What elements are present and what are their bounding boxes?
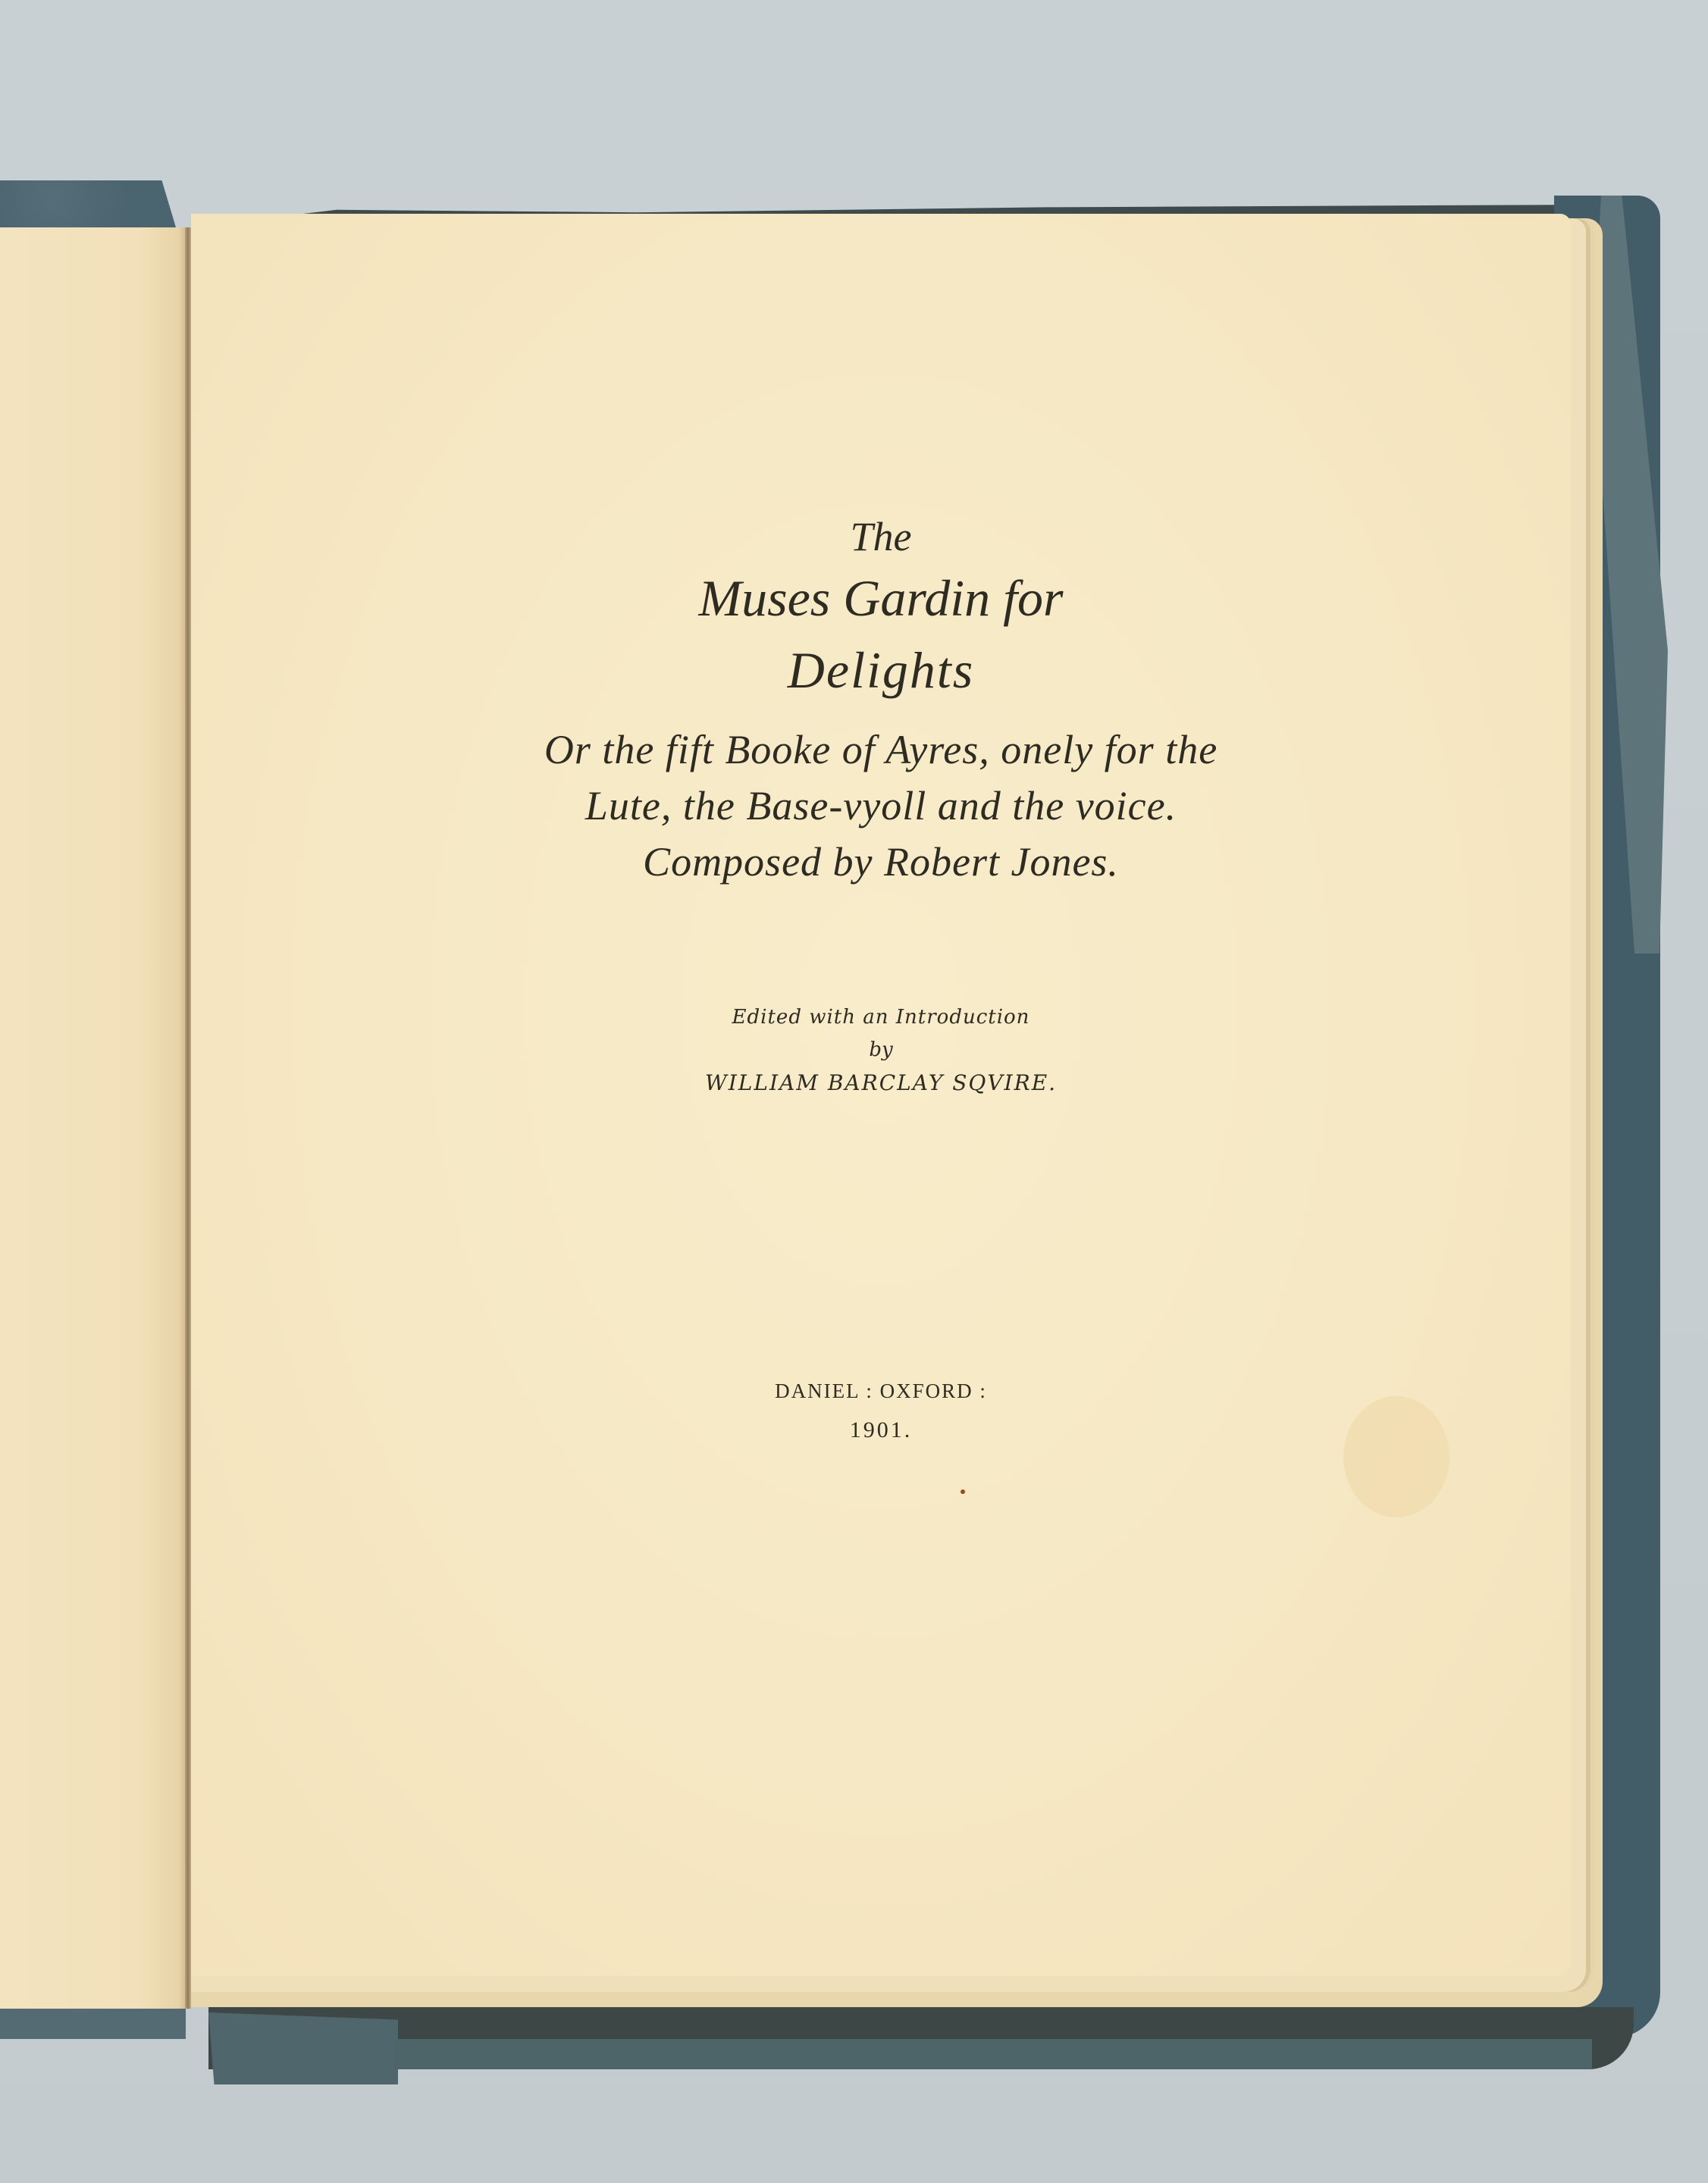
subtitle-line-3: Composed by Robert Jones. bbox=[191, 834, 1571, 890]
title-page: The Muses Gardin for Delights Or the fif… bbox=[191, 214, 1571, 1976]
book-cover-bottom-left bbox=[0, 2007, 186, 2039]
foxing-spot bbox=[961, 1489, 965, 1494]
publisher-imprint: DANIEL : OXFORD : bbox=[191, 1380, 1571, 1403]
title-main: Muses Gardin for bbox=[191, 568, 1571, 628]
title-delights: Delights bbox=[191, 640, 1571, 700]
left-page bbox=[0, 227, 188, 2009]
book-cover-top-left bbox=[0, 180, 176, 227]
title-the: The bbox=[191, 513, 1571, 560]
edited-line: Edited with an Introduction bbox=[191, 1006, 1571, 1029]
editor-name: WILLIAM BARCLAY SQVIRE. bbox=[191, 1070, 1571, 1095]
subtitle-line-2: Lute, the Base-vyoll and the voice. bbox=[191, 778, 1571, 834]
book-cover-bottom-flap bbox=[208, 2012, 398, 2084]
subtitle-line-1: Or the fift Booke of Ayres, onely for th… bbox=[191, 722, 1571, 778]
gutter bbox=[185, 227, 191, 2009]
foxing-stain bbox=[1343, 1396, 1449, 1517]
by-line: by bbox=[191, 1038, 1571, 1061]
book-cover-bottom-right bbox=[394, 2039, 1592, 2069]
